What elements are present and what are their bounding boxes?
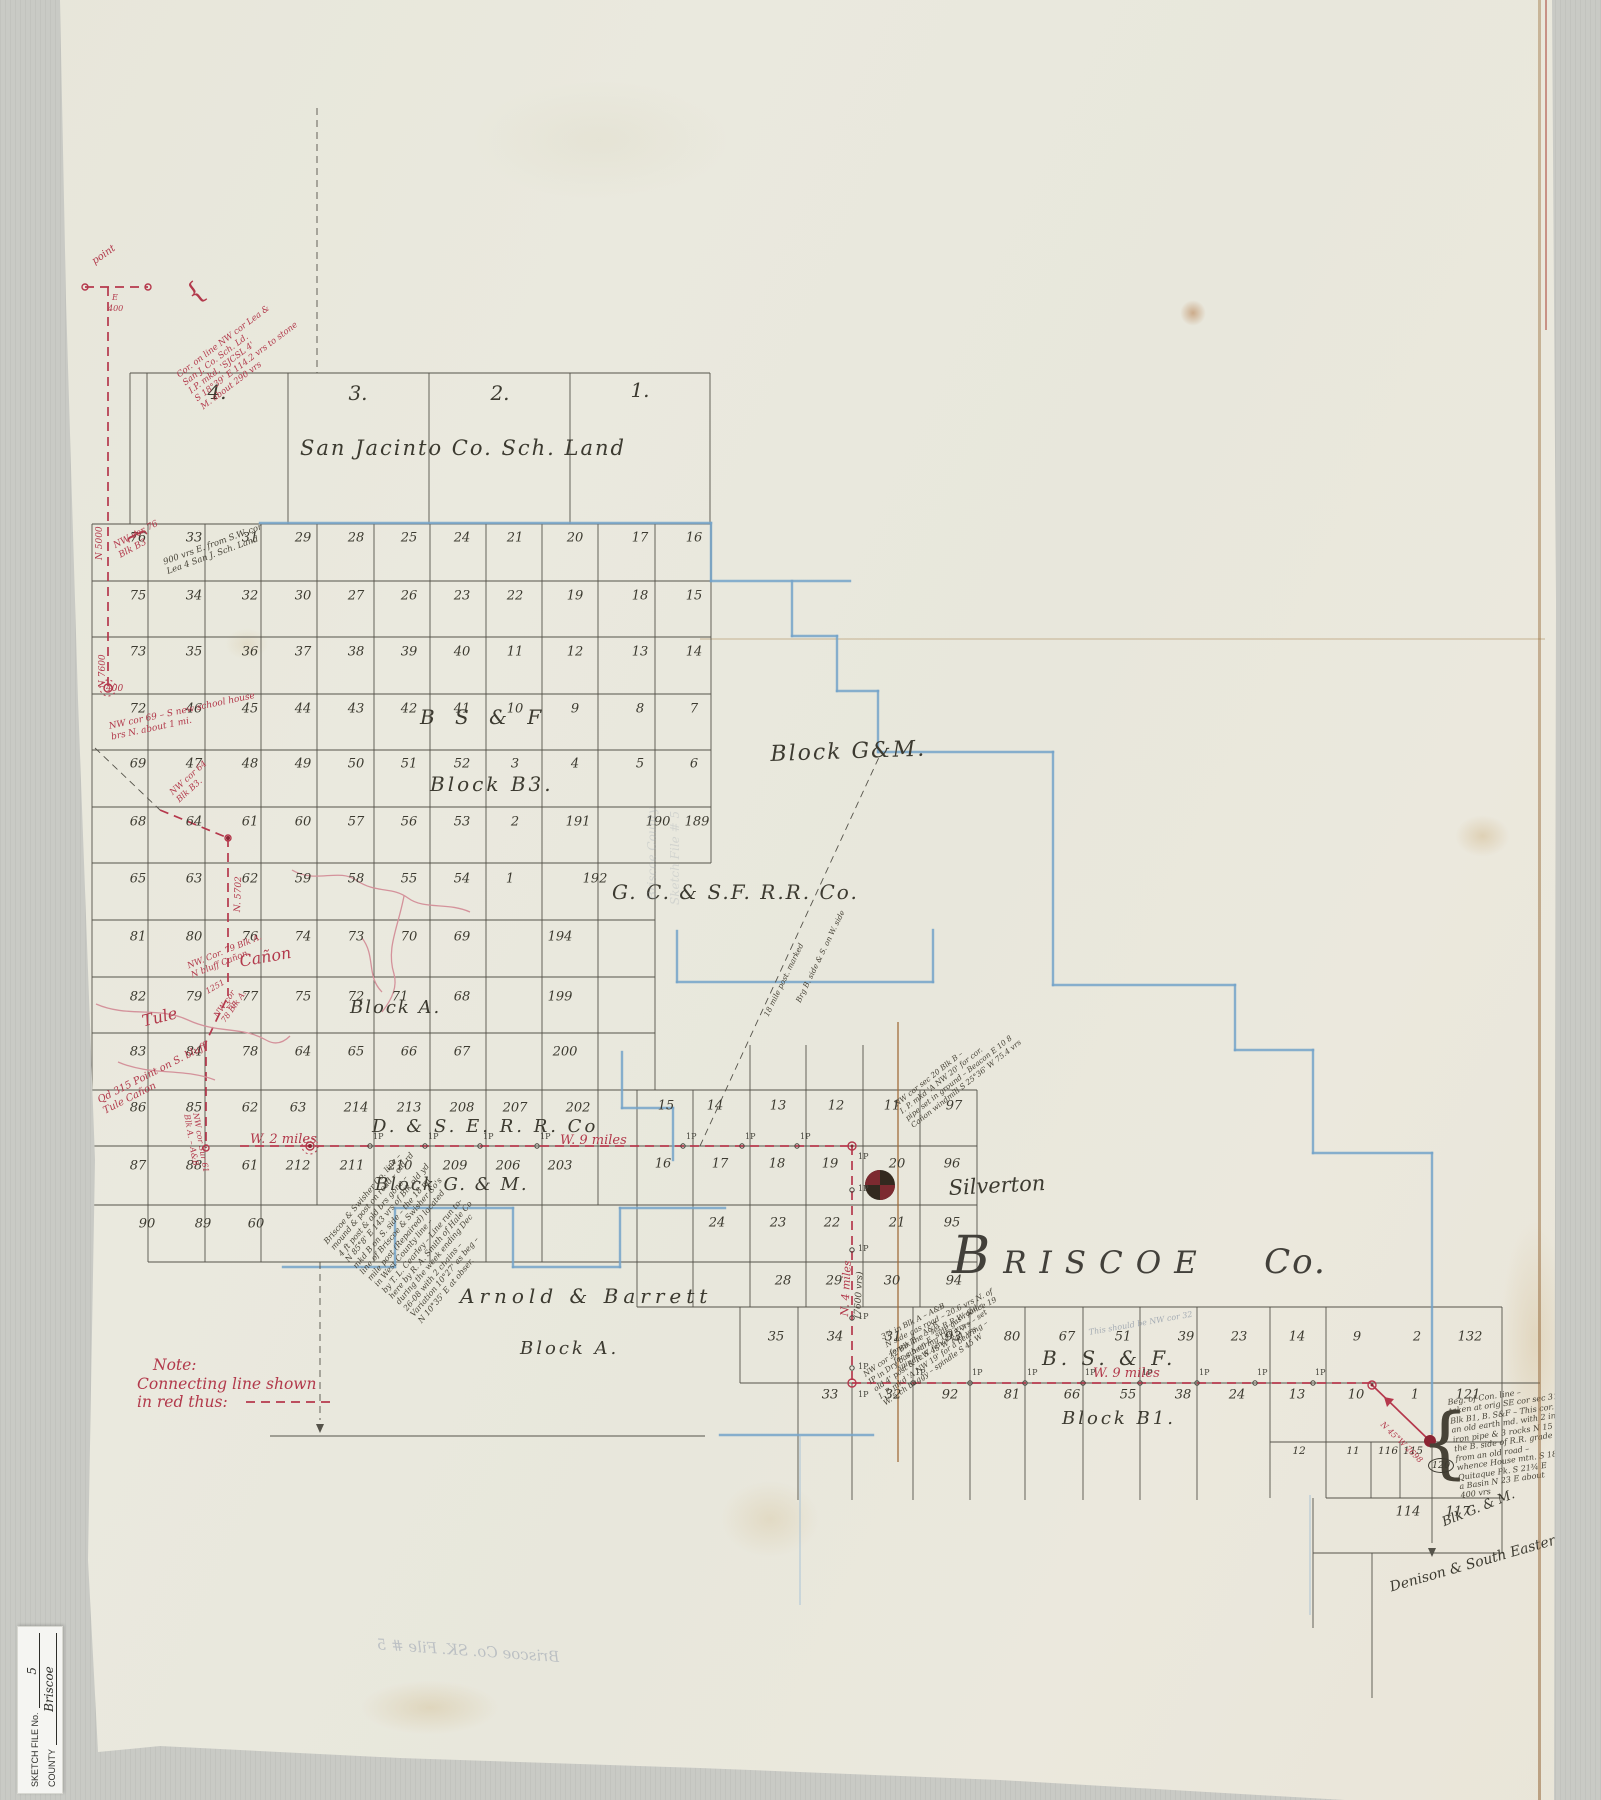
section-number: 203	[548, 1159, 573, 1174]
section-number: 23	[770, 1216, 787, 1231]
section-number: 60	[295, 815, 312, 830]
section-number: 39	[1178, 1330, 1195, 1345]
section-number: 79	[186, 990, 203, 1005]
section-number: 24	[709, 1216, 726, 1231]
section-number: 58	[348, 872, 365, 887]
paper-fold-crease	[1538, 0, 1541, 1800]
red-annotation: W. 2 miles	[250, 1132, 317, 1147]
ip-label: 1P	[972, 1368, 982, 1377]
faint-bleed-text: Briscoe County	[645, 807, 659, 900]
section-number: 23	[1231, 1330, 1248, 1345]
town-symbol-quadrant	[865, 1170, 880, 1185]
section-number: 90	[139, 1217, 156, 1232]
section-number: 68	[130, 815, 147, 830]
league-number: 2.	[490, 381, 509, 405]
county-title-co: Co.	[1264, 1242, 1327, 1282]
legend-line1: Note:	[153, 1356, 317, 1375]
map-paper: 7633312928252421201716753432302726232219…	[0, 0, 1601, 1800]
section-number: 60	[248, 1217, 265, 1232]
red-annotation: E	[112, 293, 118, 302]
county-value: Briscoe	[42, 1633, 57, 1745]
section-number: 199	[548, 990, 573, 1005]
brace-glyph: {	[1420, 1398, 1470, 1488]
section-number: 13	[770, 1099, 787, 1114]
section-number: 18	[632, 589, 649, 604]
section-number: 61	[242, 815, 259, 830]
section-number: 16	[686, 531, 703, 546]
ip-label: 1P	[858, 1184, 868, 1193]
section-number: 54	[454, 872, 471, 887]
section-number: 30	[295, 589, 312, 604]
section-number: 63	[290, 1101, 307, 1116]
section-number: 20	[567, 531, 584, 546]
section-number: 55	[401, 872, 418, 887]
section-number: 69	[130, 757, 147, 772]
section-number: 61	[242, 1159, 259, 1174]
section-number: 39	[401, 645, 418, 660]
section-number: 44	[295, 702, 312, 717]
section-number: 69	[454, 930, 471, 945]
section-number: 80	[186, 930, 203, 945]
section-number: 75	[130, 589, 147, 604]
section-number: 21	[889, 1216, 906, 1231]
section-number: 51	[401, 757, 418, 772]
section-number: 206	[496, 1159, 521, 1174]
section-number: 66	[1064, 1388, 1081, 1403]
section-number: 189	[685, 815, 710, 830]
section-number: 38	[348, 645, 365, 660]
red-corner-dot	[851, 1145, 854, 1148]
section-number: 192	[583, 872, 608, 887]
iron-pipe-marker	[850, 1366, 854, 1370]
section-number: 17	[712, 1157, 729, 1172]
block-label: B S & F	[420, 705, 548, 729]
section-number: 191	[566, 815, 591, 830]
section-number: 81	[130, 930, 147, 945]
ip-label: 1P	[858, 1152, 868, 1161]
section-number: 53	[454, 815, 471, 830]
section-number: 20	[889, 1157, 906, 1172]
section-number: 19	[822, 1157, 839, 1172]
section-number: 11	[1346, 1445, 1359, 1457]
ip-label: 1P	[858, 1362, 868, 1371]
section-number: 96	[944, 1157, 961, 1172]
section-number: 64	[295, 1045, 312, 1060]
section-number: 24	[1229, 1388, 1246, 1403]
section-number: 73	[348, 930, 365, 945]
ip-label: 1P	[915, 1368, 925, 1377]
section-number: 35	[186, 645, 203, 660]
section-number: 15	[686, 589, 703, 604]
ip-label: 1P	[1142, 1368, 1152, 1377]
section-number: 14	[686, 645, 703, 660]
ip-label: 1P	[686, 1132, 696, 1141]
section-number: 64	[186, 815, 203, 830]
league-number: 1.	[630, 378, 649, 402]
section-number: 37	[295, 645, 312, 660]
ip-label: 1P	[858, 1244, 868, 1253]
town-label-silverton: Silverton	[948, 1171, 1046, 1200]
section-number: 34	[827, 1330, 844, 1345]
section-number: 7	[690, 702, 698, 717]
section-number: 10	[1348, 1388, 1365, 1403]
section-number: 40	[454, 645, 471, 660]
map-legend-note: Note: Connecting line shown in red thus:	[137, 1356, 317, 1412]
county-label: COUNTY	[47, 1749, 57, 1787]
section-number: 36	[242, 645, 259, 660]
ip-label: 1P	[1027, 1368, 1037, 1377]
town-symbol-quadrant	[880, 1185, 895, 1200]
section-number: 22	[824, 1216, 841, 1231]
legend-line2: Connecting line shown	[137, 1375, 317, 1394]
section-number: 29	[295, 531, 312, 546]
section-number: 209	[443, 1159, 468, 1174]
archive-label-slip: SKETCH FILE No. 5 COUNTY Briscoe	[17, 1626, 63, 1794]
section-number: 42	[401, 702, 418, 717]
section-number: 19	[567, 589, 584, 604]
section-number: 3	[511, 757, 519, 772]
section-number: 202	[566, 1101, 591, 1116]
section-number: 38	[1175, 1388, 1192, 1403]
section-number: 12	[828, 1099, 845, 1114]
county-title-rest: RISCOE	[1003, 1245, 1210, 1281]
section-number: 5	[636, 757, 644, 772]
ip-label: 1P	[858, 1390, 868, 1399]
block-label: Block A.	[520, 1338, 619, 1359]
section-number: 70	[401, 930, 418, 945]
dashed-reference-line	[95, 748, 160, 810]
section-number: 78	[242, 1045, 259, 1060]
section-number: 116	[1378, 1445, 1398, 1457]
section-number: 62	[242, 1101, 259, 1116]
section-number: 207	[503, 1101, 528, 1116]
sketch-file-value: 5	[25, 1633, 40, 1708]
section-number: 55	[1120, 1388, 1137, 1403]
section-number: 12	[567, 645, 584, 660]
section-number: 21	[507, 531, 524, 546]
section-number: 132	[1458, 1330, 1483, 1345]
section-number: 92	[942, 1388, 959, 1403]
section-number: 114	[1396, 1505, 1421, 1520]
section-number: 194	[548, 930, 573, 945]
section-number: 18	[769, 1157, 786, 1172]
red-annotation: 400	[106, 684, 123, 694]
red-annotation: W. 9 miles	[560, 1133, 627, 1148]
section-number: 56	[401, 815, 418, 830]
section-number: 50	[348, 757, 365, 772]
section-number: 67	[454, 1045, 471, 1060]
section-number: 43	[348, 702, 365, 717]
section-number: 1	[1411, 1388, 1419, 1403]
faint-bleed-text: Sketch File # 5	[668, 811, 682, 905]
section-number: 32	[242, 589, 259, 604]
section-number: 34	[186, 589, 203, 604]
section-number: 214	[344, 1101, 369, 1116]
section-number: 25	[401, 531, 418, 546]
section-number: 1	[506, 872, 514, 887]
section-number: 81	[1004, 1388, 1021, 1403]
paper-edge-red-line	[1545, 0, 1547, 330]
section-number: 82	[130, 990, 147, 1005]
section-number: 49	[295, 757, 312, 772]
section-number: 66	[401, 1045, 418, 1060]
ip-label: 1P	[428, 1132, 438, 1141]
dashed-reference-line	[700, 755, 880, 1146]
section-number: 87	[130, 1159, 147, 1174]
section-number: 65	[348, 1045, 365, 1060]
section-number: 15	[658, 1099, 675, 1114]
section-number: 80	[1004, 1330, 1021, 1345]
ip-label: 1P	[858, 1312, 868, 1321]
block-label: Arnold & Barrett	[460, 1284, 712, 1308]
block-label: Block B3.	[430, 772, 554, 796]
red-annotation: 400	[108, 304, 123, 313]
section-number: 27	[348, 589, 365, 604]
sketch-file-label: SKETCH FILE No.	[30, 1712, 40, 1787]
section-number: 13	[632, 645, 649, 660]
ip-label: 1P	[1085, 1368, 1095, 1377]
section-number: 52	[454, 757, 471, 772]
block-label: Block B1.	[1062, 1408, 1176, 1429]
section-number: 14	[1289, 1330, 1306, 1345]
section-number: 62	[242, 872, 259, 887]
county-title: BRISCOE Co.	[952, 1226, 1327, 1286]
section-number: 2	[1413, 1330, 1421, 1345]
section-number: 13	[1289, 1388, 1306, 1403]
section-number: 4	[571, 757, 579, 772]
section-number: 74	[295, 930, 312, 945]
section-number: 28	[775, 1274, 792, 1289]
section-number: 213	[397, 1101, 422, 1116]
section-number: 24	[454, 531, 471, 546]
ip-label: 1P	[1199, 1368, 1209, 1377]
ip-label: 1P	[483, 1132, 493, 1141]
section-number: 208	[450, 1101, 475, 1116]
section-number: 200	[553, 1045, 578, 1060]
county-title-initial: B	[952, 1226, 1003, 1286]
section-number: 22	[507, 589, 524, 604]
section-number: 33	[822, 1388, 839, 1403]
section-number: 68	[454, 990, 471, 1005]
red-annotation: N 7600	[98, 654, 108, 688]
section-number: 6	[690, 757, 698, 772]
section-number: 8	[636, 702, 644, 717]
section-number: 11	[507, 645, 524, 660]
red-annotation: N. 5702	[233, 876, 244, 912]
section-number: 48	[242, 757, 259, 772]
section-number: 9	[1353, 1330, 1361, 1345]
section-number: 83	[130, 1045, 147, 1060]
red-corner-dot	[1371, 1384, 1374, 1387]
section-number: 65	[130, 872, 147, 887]
section-number: 211	[340, 1159, 365, 1174]
canyon-stream-line	[362, 938, 382, 992]
ip-label: 1P	[1315, 1368, 1325, 1377]
canyon-stream-line	[292, 870, 470, 912]
section-number: 23	[454, 589, 471, 604]
ip-label: 1P	[1257, 1368, 1267, 1377]
section-number: 67	[1059, 1330, 1076, 1345]
league-number: 3.	[348, 381, 367, 405]
red-corner-dot	[226, 836, 230, 840]
red-annotation: N 5000	[95, 526, 105, 560]
section-number: 57	[348, 815, 365, 830]
section-number: 2	[511, 815, 519, 830]
ip-label: 1P	[540, 1132, 550, 1141]
san-jacinto-title: San Jacinto Co. Sch. Land	[300, 436, 626, 460]
ip-label: 1P	[373, 1132, 383, 1141]
scanned-survey-sketch: 7633312928252421201716753432302726232219…	[0, 0, 1601, 1800]
section-number: 28	[348, 531, 365, 546]
section-number: 75	[295, 990, 312, 1005]
section-number: 16	[655, 1157, 672, 1172]
legend-line3: in red thus:	[137, 1393, 317, 1412]
section-number: 9	[571, 702, 579, 717]
section-number: 30	[884, 1274, 901, 1289]
ip-label: 1P	[745, 1132, 755, 1141]
arrowhead-icon	[1428, 1548, 1436, 1557]
section-number: 73	[130, 645, 147, 660]
ip-label: 1P	[800, 1132, 810, 1141]
section-number: 89	[195, 1217, 212, 1232]
block-label: Block A.	[350, 997, 441, 1018]
section-number: 26	[401, 589, 418, 604]
arrowhead-icon	[316, 1424, 324, 1433]
section-number: 212	[286, 1159, 311, 1174]
section-number: 14	[707, 1099, 724, 1114]
section-number: 63	[186, 872, 203, 887]
section-number: 17	[632, 531, 649, 546]
circled-section-number: 120	[1428, 1458, 1454, 1473]
section-number: 12	[1292, 1445, 1305, 1457]
section-number: 59	[295, 872, 312, 887]
section-number: 35	[768, 1330, 785, 1345]
